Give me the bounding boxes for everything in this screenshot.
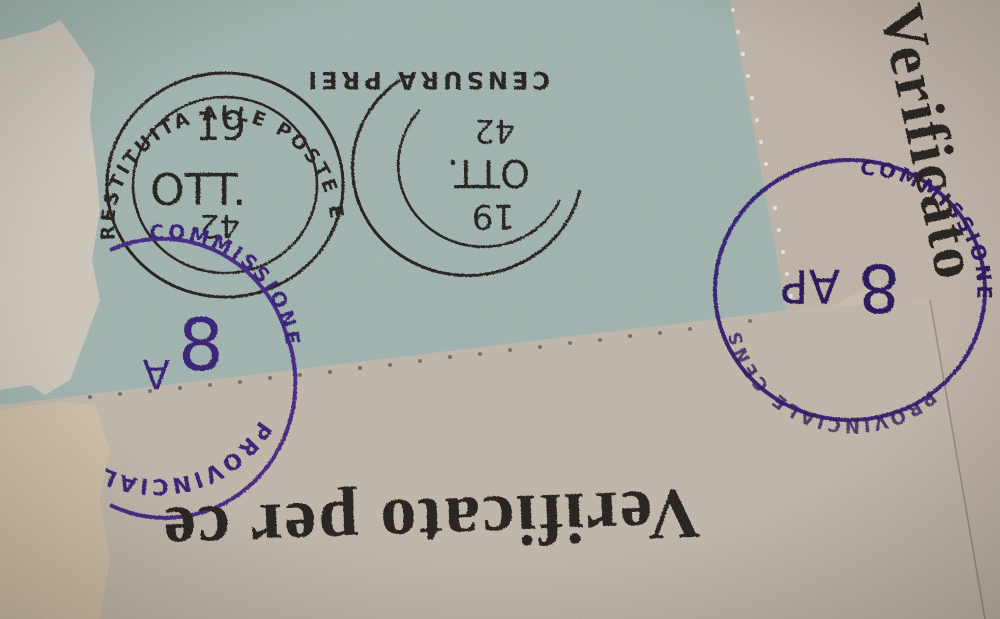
scene-svg: RESTITUITA ALLE POSTE E... NOLT... 19 OT…	[0, 0, 1000, 619]
lighting-vignette	[0, 0, 1000, 619]
photo-scene: RESTITUITA ALLE POSTE E... NOLT... 19 OT…	[0, 0, 1000, 619]
